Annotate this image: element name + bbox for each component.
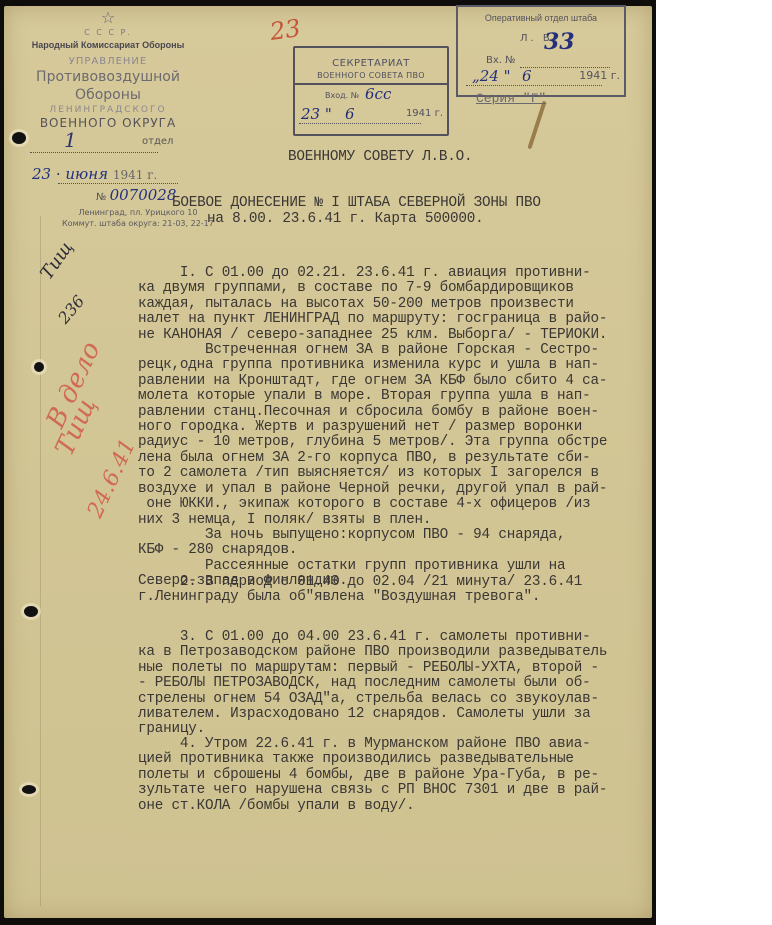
stamp-day: „24 " xyxy=(472,67,511,85)
red-handwritten-note: 23 xyxy=(268,14,302,46)
department-number: 1 xyxy=(64,128,77,152)
paragraph-1: I. С 01.00 до 02.21. 23.6.41 г. авиация … xyxy=(138,266,607,590)
number-value: 0070028 xyxy=(110,186,177,204)
stamp-year: 1941 г. xyxy=(579,69,620,82)
operational-dept-stamp: Оперативный отдел штаба Л. В. 33 Вх. № „… xyxy=(456,5,626,97)
punch-hole-icon xyxy=(22,785,36,794)
incoming-value: 6сс xyxy=(365,85,391,103)
date-year: 1941 г. xyxy=(113,168,157,182)
paragraph-4: 4. Утром 22.6.41 г. в Мурманском районе … xyxy=(138,737,607,814)
letterhead-district: ВОЕННОГО ОКРУГА xyxy=(28,117,188,130)
punch-hole-icon xyxy=(12,132,26,144)
number-label: № xyxy=(96,192,106,203)
stamp-month: 6 xyxy=(345,105,355,123)
stamp-month: 6 xyxy=(522,67,532,85)
incoming-label: Вход. № xyxy=(325,91,359,100)
letterhead-management: УПРАВЛЕНИЕ xyxy=(28,55,188,68)
letterhead-department: 1 отдел xyxy=(28,130,188,154)
secretariat-stamp: СЕКРЕТАРИАТ ВОЕННОГО СОВЕТА ПВО Вход. № … xyxy=(293,46,449,136)
paragraph-2: 2. В период с 01.43 до 02.04 /21 минута/… xyxy=(138,575,582,606)
paragraph-3: 3. С 01.00 до 04.00 23.6.41 г. самолеты … xyxy=(138,630,607,738)
stamp-title: СЕКРЕТАРИАТ xyxy=(295,58,447,69)
stamp-title: Оперативный отдел штаба xyxy=(458,13,624,23)
underline xyxy=(520,67,610,68)
addressee: ВОЕННОМУ СОВЕТУ Л.В.О. xyxy=(288,150,472,165)
letterhead-stamp: ☆ С С С Р. Народный Комиссариат Обороны … xyxy=(28,10,188,154)
underline xyxy=(466,85,602,86)
underline xyxy=(58,183,178,184)
department-label: отдел xyxy=(142,136,173,147)
punch-hole-icon xyxy=(34,362,44,372)
document-subtitle: на 8.00. 23.6.41 г. Карта 500000. xyxy=(207,212,484,227)
star-icon: ☆ xyxy=(28,10,188,26)
letterhead-number: № 0070028 xyxy=(96,186,176,204)
letterhead-defense: Противовоздушной Обороны xyxy=(28,68,188,104)
phone-line: Коммут. штаба округа: 21-03, 22-17 xyxy=(62,218,214,229)
stamp-number: 33 xyxy=(544,29,575,55)
stamp-year: 1941 г. xyxy=(406,108,443,119)
document-title: БОЕВОЕ ДОНЕСЕНИЕ № I ШТАБА СЕВЕРНОЙ ЗОНЫ… xyxy=(172,196,541,211)
paper-fold-line xyxy=(40,216,41,906)
stamp-incoming-row: Вход. № 6сс xyxy=(295,85,447,105)
incoming-label: Вх. № xyxy=(486,55,516,66)
date-handwritten: 23 · июня xyxy=(32,165,108,183)
underline xyxy=(299,123,421,124)
letterhead-commissariat: Народный Комиссариат Обороны xyxy=(28,39,188,52)
series-label: Серия "Г" xyxy=(476,91,546,106)
punch-hole-icon xyxy=(24,606,38,617)
stamp-date-row: 23 " 6 1941 г. xyxy=(295,105,447,125)
letterhead-ussr: С С С Р. xyxy=(28,26,188,39)
letterhead-date: 23 · июня 1941 г. xyxy=(32,165,157,183)
stamp-day: 23 " xyxy=(301,105,332,123)
underline xyxy=(30,152,158,153)
stamp-subtitle: ВОЕННОГО СОВЕТА ПВО xyxy=(295,71,447,80)
